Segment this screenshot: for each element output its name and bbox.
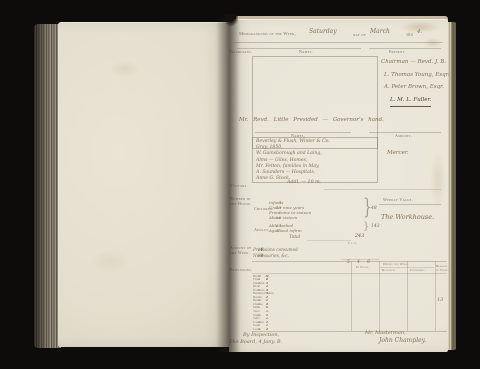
adults-group-label: Adults. [254, 227, 269, 232]
guardian-entry: A. Peter Brown, Esqr. [384, 81, 449, 94]
divider [324, 189, 441, 190]
week-group-header: During the Week. [383, 262, 409, 266]
visitors-entry: Addl. — 10 m. [287, 180, 321, 185]
present-column-header: Present. [389, 49, 406, 54]
guardian-entry: L. M. L. Fuller. [390, 94, 431, 108]
weekly-value-entry: The Workhouse. [381, 213, 434, 221]
margin-remark: 13 [437, 297, 443, 303]
names-column-header: Names. [299, 49, 313, 54]
divider [379, 204, 441, 205]
provision-row: Coals 4 2 2 4 [253, 327, 447, 331]
handwritten-month: March [370, 28, 390, 35]
in-store-header: In Store. [356, 265, 369, 269]
table-top-rule [252, 261, 447, 262]
pence: 4 [253, 247, 263, 252]
blank-left-page [58, 22, 230, 347]
paper-stain [90, 250, 130, 272]
divider [307, 240, 351, 241]
master-signature: John Champley. [379, 337, 426, 344]
presided-note: Mr. Revd. Little Presided — Governor’s h… [239, 117, 384, 123]
adult-rows: Able-bodied 23 Aged and infirm 15 [269, 223, 361, 233]
remains-value: 4 [253, 327, 265, 331]
total-label: Total [289, 235, 300, 240]
classification-row: Aged and infirm 15 [269, 228, 361, 233]
guardian-entry: L. Thomas Young, Esqr. [384, 69, 449, 82]
account-row: Necessaries, &c. — 13 4 [253, 252, 379, 258]
total-value: 243 [355, 234, 364, 239]
right-page-fore-edge [448, 22, 456, 350]
header-underline [233, 42, 443, 43]
minutes-amount-header: Amount. [395, 133, 412, 138]
consumed-header: Consumed. [410, 268, 425, 272]
row-value: 15 [269, 228, 281, 233]
day-of-label: day of [353, 32, 366, 37]
ledger-photo: Memorandums of the Week, Saturday day of… [0, 0, 480, 369]
adults-subtotal: 143 [371, 224, 380, 229]
received-header: Received. [382, 268, 396, 272]
currency-header: £ s. d. [348, 241, 357, 245]
adults-brace: } [363, 221, 369, 232]
minutes-entries: Beverley & Flush, Winter & Co.Gray, 1850… [256, 139, 376, 182]
table-bottom-rule [252, 331, 447, 332]
gutter-top-notch [224, 14, 238, 27]
paper-stain [110, 60, 140, 78]
children-rows: Infants 3 Under nine years 13 From nine … [269, 200, 361, 220]
handwritten-day: Saturday [309, 28, 337, 35]
handwritten-year-digit: 4. [417, 29, 422, 35]
form-title: Memorandums of the Week, [239, 31, 296, 36]
ledger-form: Memorandums of the Week, Saturday day of… [229, 19, 448, 352]
classification-row: Above sixteen 26 [269, 215, 361, 220]
minutes-side-note: Mercer. [387, 150, 409, 156]
row-value: 26 [269, 215, 281, 220]
year-printed: 184 [406, 32, 413, 37]
footer-right-note: Mr. Masterman, [365, 330, 406, 336]
provisions-table: Bread 3 12 12 3 Flour 2 8 8 2 [253, 274, 447, 331]
remains-header-2: in Store. [436, 268, 449, 272]
gutter-shadow [216, 19, 240, 352]
account-rows: Provisions consumed 4 11 4 Necessaries, … [253, 246, 379, 258]
guardians-present-list: Chairman — Revd. J. B.L. Thomas Young, E… [379, 56, 449, 108]
names-box [252, 56, 378, 149]
guardian-entry: Chairman — Revd. J. B. [381, 56, 449, 69]
page-stack-edge [34, 24, 61, 348]
footer-left-1: By Inspection, [243, 332, 279, 338]
weekly-value-label: Weekly Value. [383, 197, 413, 202]
pence: 4 [253, 253, 263, 258]
children-subtotal: 48 [371, 206, 377, 211]
